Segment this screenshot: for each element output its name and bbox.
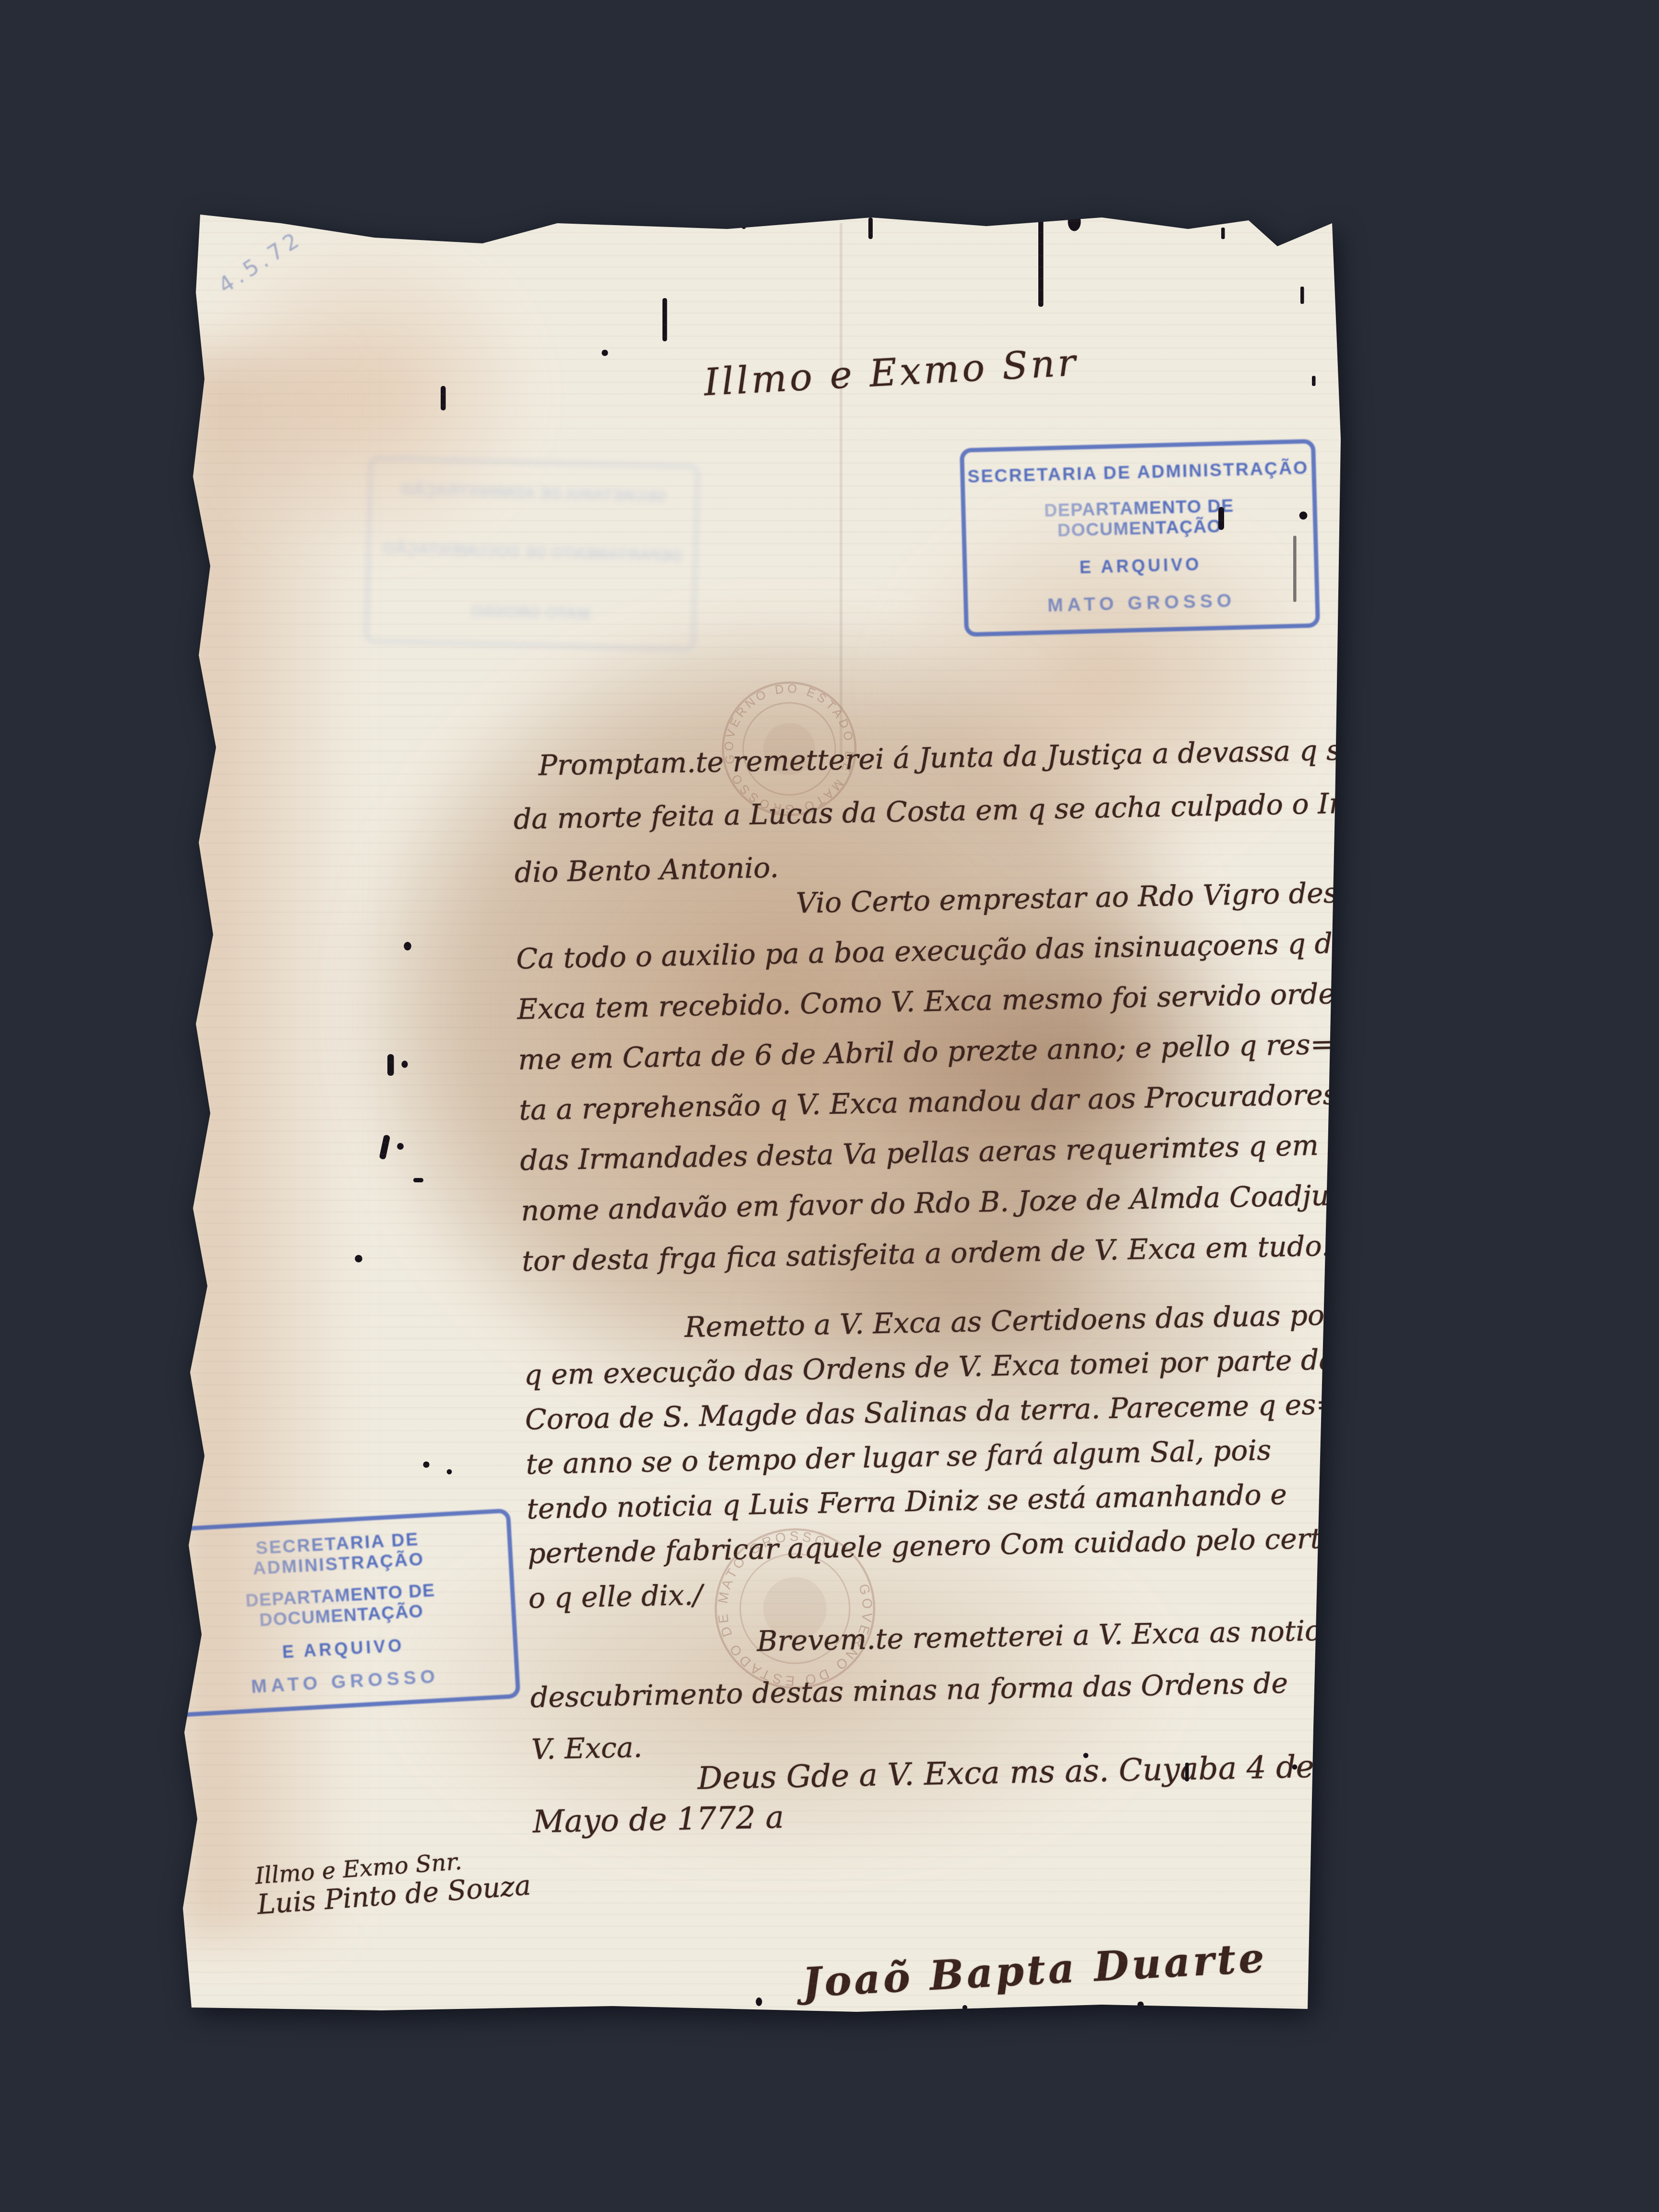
paragraph-3: Remetto a V. Exca as Certidoens das duas… bbox=[523, 1292, 1393, 1621]
svg-text:GOVERNO DO ESTADO DE MATO GROS: GOVERNO DO ESTADO DE MATO GROSSO • bbox=[693, 1506, 898, 1711]
stain-edge-tint bbox=[180, 353, 353, 1937]
closing-line: Deus Gde a V. Exca ms as. Cuyaba 4 de bbox=[697, 1747, 1396, 1801]
salutation: Illmo e Exmo Snr bbox=[703, 342, 1080, 405]
closing-line: Mayo de 1772 a bbox=[532, 1787, 1397, 1844]
manuscript-page-wrap: SECRETARIA DE ADMINISTRAÇÃO DEPARTAMENTO… bbox=[180, 209, 1358, 2018]
manuscript-line: tendo noticia q Luis Ferra Diniz se está… bbox=[526, 1470, 1391, 1532]
manuscript-line: V. Exca. bbox=[531, 1708, 1396, 1777]
government-seal-stamp: GOVERNO DO ESTADO DE MATO GROSSO • bbox=[681, 641, 897, 857]
stamp-line: SECRETARIA DE ADMINISTRAÇÃO bbox=[967, 457, 1309, 487]
manuscript-line: me em Carta de 6 de Abril do prezte anno… bbox=[517, 1018, 1382, 1085]
ghost-stamp: SECRETARIA DE ADMINISTRAÇÃO DEPARTAMENTO… bbox=[365, 457, 699, 651]
paragraph-4: Brevem.te remetterei a V. Exca as notici… bbox=[529, 1604, 1396, 1776]
manuscript-line: Exca tem recebido. Como V. Exca mesmo fo… bbox=[517, 968, 1382, 1035]
manuscript-line: Vio Certo emprestar ao Rdo Vigro desta bbox=[795, 867, 1380, 928]
photo-stage: SECRETARIA DE ADMINISTRAÇÃO DEPARTAMENTO… bbox=[0, 0, 1659, 2212]
stamp-line: E ARQUIVO bbox=[1079, 554, 1202, 577]
ghost-stamp-line: DEPARTAMENTO DE DOCUMENTAÇÃO bbox=[383, 541, 682, 566]
addressee-block: Illmo e Exmo Snr. Luis Pinto de Souza bbox=[254, 1843, 532, 1920]
letter-body: Illmo e Exmo Snr Promptam.te remetterei … bbox=[164, 198, 1376, 2029]
stamp-line: DEPARTAMENTO DE DOCUMENTAÇÃO bbox=[968, 494, 1310, 543]
addressee-line: Illmo e Exmo Snr. bbox=[254, 1843, 530, 1891]
photo-backdrop: SECRETARIA DE ADMINISTRAÇÃO DEPARTAMENTO… bbox=[0, 0, 1659, 2212]
manuscript-line: q em execução das Ordens de V. Exca tome… bbox=[524, 1336, 1388, 1398]
paper-crease bbox=[840, 223, 842, 756]
seal-ring-text: GOVERNO DO ESTADO DE MATO GROSSO • bbox=[693, 1506, 898, 1711]
stamp-line: MATO GROSSO bbox=[251, 1665, 440, 1697]
manuscript-line: dio Bento Antonio. bbox=[514, 829, 1379, 900]
paragraph-1: Promptam.te remetterei á Junta da Justiç… bbox=[512, 723, 1379, 899]
ink-specks bbox=[180, 209, 1358, 2018]
stain-blob bbox=[799, 439, 1404, 929]
ghost-stamp-line: SECRETARIA DE ADMINISTRAÇÃO bbox=[400, 481, 667, 505]
archive-stamp-left: SECRETARIA DE ADMINISTRAÇÃO DEPARTAMENTO… bbox=[162, 1508, 521, 1718]
stain-blob bbox=[194, 468, 1375, 1563]
manuscript-line: da morte feita a Lucas da Costa em q se … bbox=[513, 776, 1378, 846]
manuscript-line: Ca todo o auxilio pa a boa execução das … bbox=[516, 917, 1381, 985]
manuscript-line: Remetto a V. Exca as Certidoens das duas… bbox=[684, 1292, 1388, 1350]
manuscript-page: SECRETARIA DE ADMINISTRAÇÃO DEPARTAMENTO… bbox=[180, 209, 1358, 2018]
stamp-line: E ARQUIVO bbox=[282, 1635, 405, 1662]
manuscript-line: tor desta frga fica satisfeita a ordem d… bbox=[521, 1220, 1386, 1287]
stain-blob bbox=[151, 194, 583, 598]
stain-blob bbox=[655, 1102, 1404, 1534]
seal-ring-text: GOVERNO DO ESTADO DE MATO GROSSO • bbox=[681, 641, 871, 842]
manuscript-line: ta a reprehensão q V. Exca mandou dar ao… bbox=[518, 1069, 1383, 1136]
closing: Deus Gde a V. Exca ms as. Cuyaba 4 de Ma… bbox=[532, 1747, 1397, 1844]
stain-blob bbox=[266, 1447, 1303, 1923]
paragraph-2: Vio Certo emprestar ao Rdo Vigro desta C… bbox=[515, 867, 1386, 1286]
archive-stamp-top-right: SECRETARIA DE ADMINISTRAÇÃO DEPARTAMENTO… bbox=[960, 439, 1320, 637]
manuscript-line: pertende fabricar aquele genero Com cuid… bbox=[527, 1515, 1392, 1576]
stamp-line: DEPARTAMENTO DE DOCUMENTAÇÃO bbox=[173, 1577, 509, 1636]
manuscript-line: das Irmandades desta Va pellas aeras req… bbox=[519, 1119, 1384, 1186]
manuscript-line: te anno se o tempo der lugar se fará alg… bbox=[526, 1426, 1390, 1487]
pencil-date-note: 4.5.72 bbox=[214, 226, 307, 299]
manuscript-line: Promptam.te remetterei á Junta da Justiç… bbox=[538, 723, 1377, 792]
stamp-line: SECRETARIA DE ADMINISTRAÇÃO bbox=[170, 1525, 506, 1584]
manuscript-line: o q elle dix./ bbox=[528, 1560, 1393, 1621]
addressee-line: Luis Pinto de Souza bbox=[256, 1872, 532, 1920]
stamp-line: MATO GROSSO bbox=[1047, 590, 1236, 616]
svg-text:GOVERNO DO ESTADO DE MATO GROS: GOVERNO DO ESTADO DE MATO GROSSO • bbox=[681, 641, 871, 842]
manuscript-line: nome andavão em favor do Rdo B. Joze de … bbox=[520, 1169, 1385, 1237]
stain-blob bbox=[756, 828, 1375, 1303]
government-seal-stamp: GOVERNO DO ESTADO DE MATO GROSSO • bbox=[680, 1493, 910, 1724]
manuscript-line: Coroa de S. Magde das Salinas da terra. … bbox=[525, 1381, 1389, 1443]
signature: Joaõ Bapta Duarte bbox=[801, 1934, 1268, 2007]
manuscript-line: descubrimento destas minas na forma das … bbox=[530, 1656, 1395, 1725]
manuscript-line: Brevem.te remetterei a V. Exca as notici… bbox=[757, 1604, 1394, 1668]
ghost-stamp-line: MATO GROSSO bbox=[471, 603, 590, 624]
